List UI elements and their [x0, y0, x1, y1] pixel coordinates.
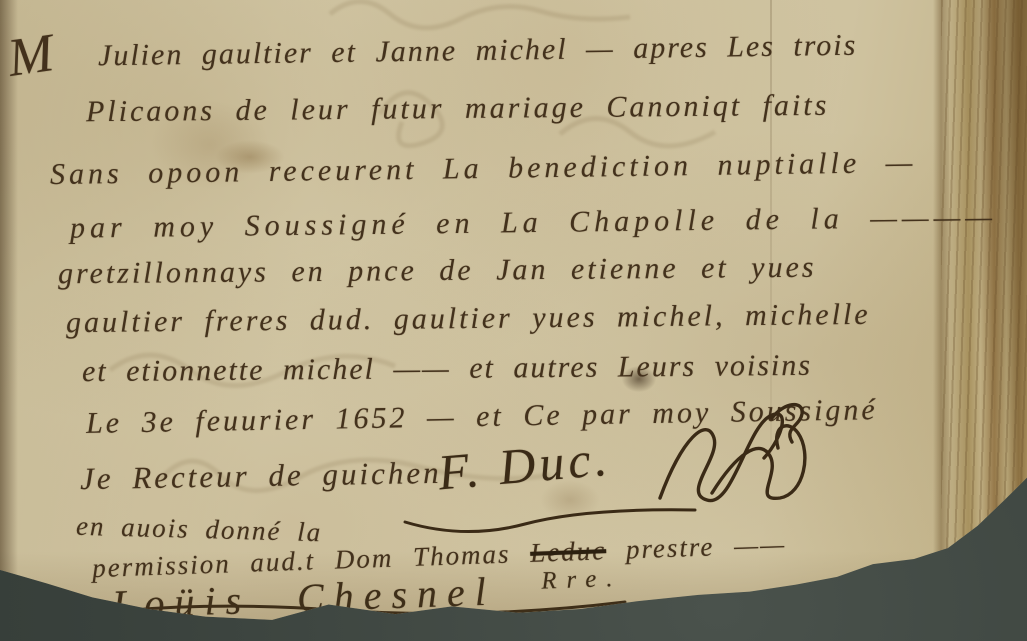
entry-line: en auois donné la	[76, 511, 323, 548]
struck-name: Leduc	[530, 535, 607, 568]
photo-background: M Julien gaultier et Janne michel — apre…	[0, 0, 1027, 641]
entry-line: par moy Soussigné en La Chapolle de la —…	[70, 200, 997, 245]
entry-line: Julien gaultier et Janne michel — apres …	[98, 29, 858, 74]
entry-line: Sans opoon receurent La benediction nupt…	[50, 146, 917, 192]
entry-line: gretzillonnays en pnce de Jan etienne et…	[58, 251, 817, 292]
closing-underline-flourish	[70, 594, 630, 624]
entry-line: Je Recteur de guichen	[80, 455, 442, 497]
entry-line: Plicaons de leur futur mariage Canoniqt …	[86, 89, 830, 129]
page-left-shadow	[0, 0, 18, 641]
permission-text: prestre ——	[606, 529, 787, 565]
entry-line: et etionnette michel —— et autres Leurs …	[82, 349, 812, 389]
signer-title-abbr: Rre.	[541, 565, 623, 595]
entry-line: gaultier freres dud. gaultier yues miche…	[66, 298, 871, 340]
paraph-flourish-icon	[652, 398, 822, 518]
page-edge-stack	[941, 0, 1027, 641]
page-fold-shadow	[933, 0, 949, 641]
margin-letter: M	[4, 21, 57, 89]
priest-signature: F. Duc.	[436, 429, 613, 502]
manuscript-page: M Julien gaultier et Janne michel — apre…	[0, 0, 1027, 641]
